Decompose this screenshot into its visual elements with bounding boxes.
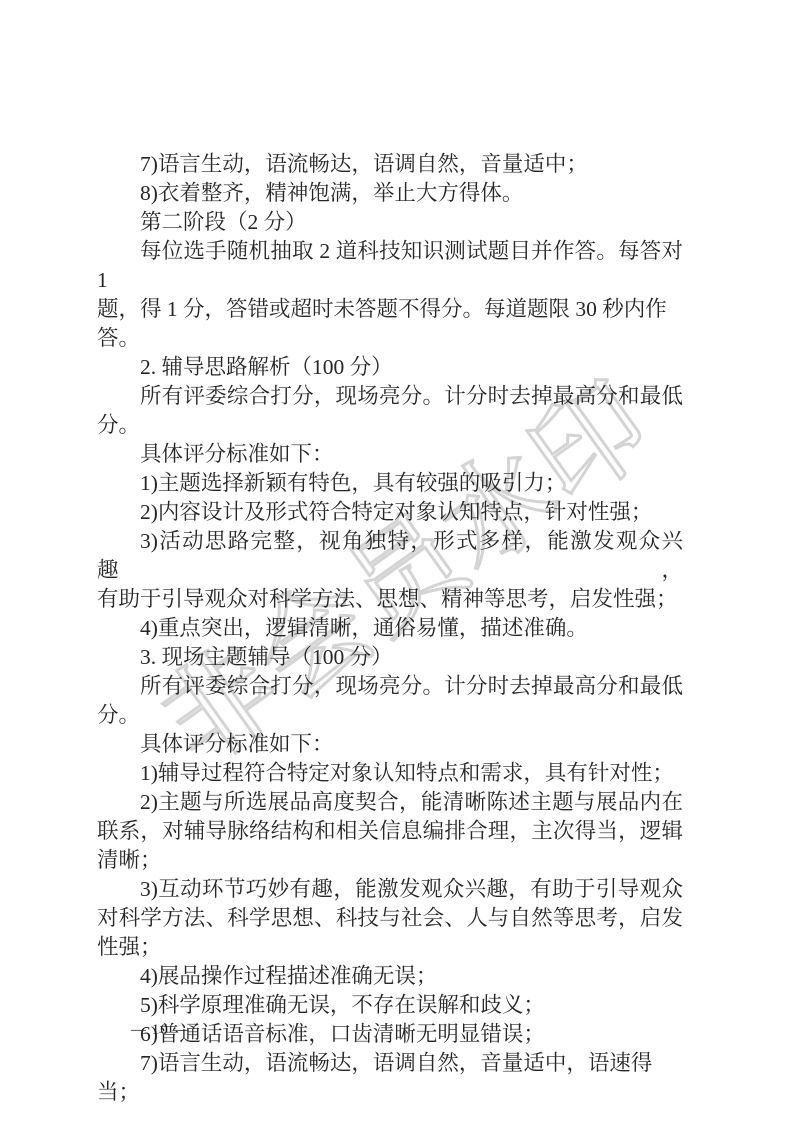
text-line: 2)主题与所选展品高度契合，能清晰陈述主题与展品内在 <box>97 788 683 817</box>
text-line: 清晰； <box>97 846 683 875</box>
text-line: 1)辅导过程符合特定对象认知特点和需求，具有针对性； <box>97 759 683 788</box>
text-line: 每位选手随机抽取 2 道科技知识测试题目并作答。每答对 1 <box>97 237 683 295</box>
text-line: 具体评分标准如下： <box>97 440 683 469</box>
page-number: — 10 — <box>131 1021 190 1039</box>
text-line: 7)语言生动，语流畅达，语调自然，音量适中； <box>97 150 683 179</box>
text-line: 分。 <box>97 411 683 440</box>
text-line: 8)衣着整齐，精神饱满，举止大方得体。 <box>97 179 683 208</box>
text-line: 3)活动思路完整，视角独特，形式多样，能激发观众兴趣， <box>97 527 683 585</box>
text-line: 3)互动环节巧妙有趣，能激发观众兴趣，有助于引导观众 <box>97 875 683 904</box>
text-line: 5)科学原理准确无误，不存在误解和歧义； <box>97 991 683 1020</box>
text-line: 所有评委综合打分，现场亮分。计分时去掉最高分和最低 <box>97 382 683 411</box>
document-page: 非会员水印 7)语言生动，语流畅达，语调自然，音量适中；8)衣着整齐，精神饱满，… <box>0 0 793 1122</box>
text-line: 有助于引导观众对科学方法、思想、精神等思考，启发性强； <box>97 585 683 614</box>
text-line: 联系，对辅导脉络结构和相关信息编排合理，主次得当，逻辑 <box>97 817 683 846</box>
text-line: 4)重点突出，逻辑清晰，通俗易懂，描述准确。 <box>97 614 683 643</box>
text-line: 1)主题选择新颖有特色，具有较强的吸引力； <box>97 469 683 498</box>
text-line: 7)语言生动，语流畅达，语调自然，音量适中，语速得当； <box>97 1049 683 1107</box>
text-line: 对科学方法、科学思想、科技与社会、人与自然等思考，启发 <box>97 904 683 933</box>
text-line: 2)内容设计及形式符合特定对象认知特点，针对性强； <box>97 498 683 527</box>
text-line: 2. 辅导思路解析（100 分） <box>97 353 683 382</box>
text-line: 性强； <box>97 933 683 962</box>
text-line: 所有评委综合打分，现场亮分。计分时去掉最高分和最低 <box>97 672 683 701</box>
text-line: 题，得 1 分，答错或超时未答题不得分。每道题限 30 秒内作答。 <box>97 295 683 353</box>
text-line: 4)展品操作过程描述准确无误； <box>97 962 683 991</box>
text-line: 第二阶段（2 分） <box>97 208 683 237</box>
text-line: 分。 <box>97 701 683 730</box>
document-body: 7)语言生动，语流畅达，语调自然，音量适中；8)衣着整齐，精神饱满，举止大方得体… <box>97 150 683 1107</box>
text-line: 具体评分标准如下： <box>97 730 683 759</box>
text-line: 3. 现场主题辅导（100 分） <box>97 643 683 672</box>
